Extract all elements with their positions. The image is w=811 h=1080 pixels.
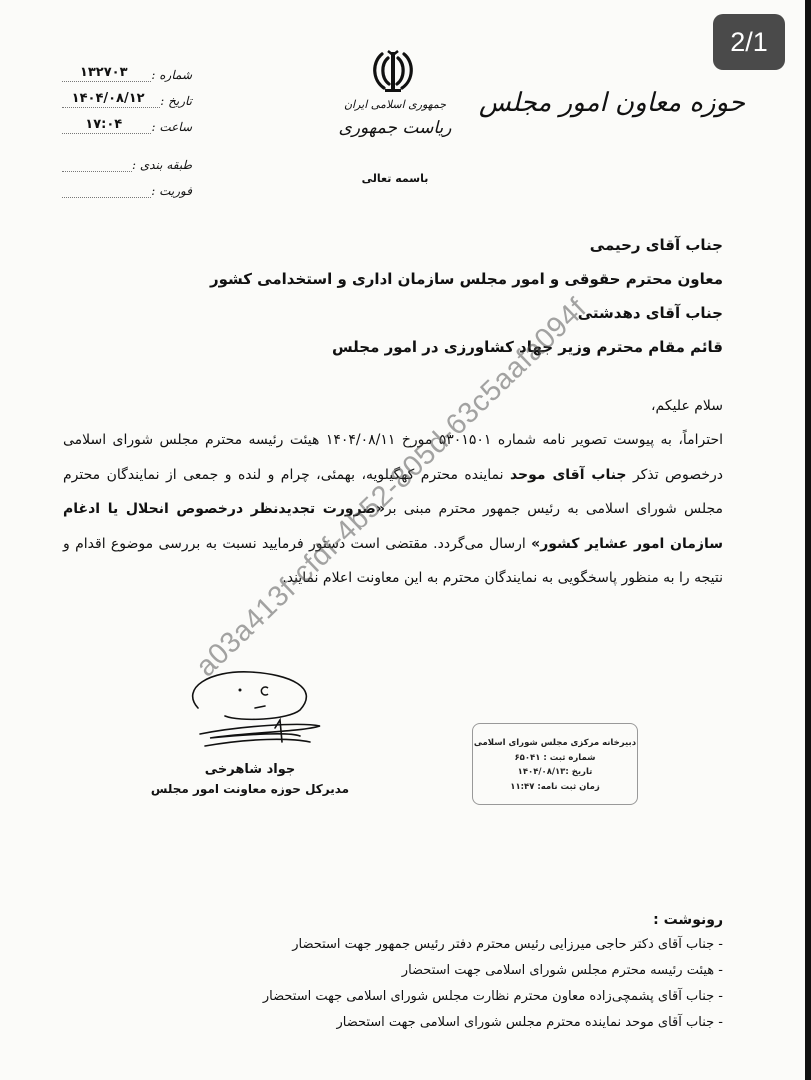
stamp-line: تاریخ :۱۴۰۴/۰۸/۱۳	[473, 765, 637, 780]
meta-time: ساعت : ۱۷:۰۴	[62, 110, 192, 134]
cc-item: - جناب آقای پشمچی‌زاده معاون محترم نظارت…	[203, 984, 723, 1010]
greeting: سلام علیکم،	[63, 393, 723, 419]
stamp-line: دبیرخانه مرکزی مجلس شورای اسلامی	[473, 736, 637, 751]
meta-priority: فوریت :	[62, 174, 192, 198]
signature-icon	[170, 668, 340, 756]
registration-stamp: دبیرخانه مرکزی مجلس شورای اسلامی شماره ث…	[472, 723, 638, 805]
number-label: شماره :	[151, 68, 192, 82]
meta-number: شماره : ۱۳۲۷۰۳	[62, 58, 192, 82]
classification-label: طبقه بندی :	[132, 158, 192, 172]
government-name: جمهوری اسلامی ایران	[340, 98, 450, 111]
addressee-line: جناب آقای رحیمی	[203, 228, 723, 262]
priority-value	[62, 197, 151, 198]
cc-list: رونوشت : - جناب آقای دکتر حاجی میرزایی ر…	[203, 908, 723, 1036]
date-value: ۱۴۰۴/۰۸/۱۲	[62, 91, 160, 108]
cc-title: رونوشت :	[203, 908, 723, 932]
body-text-bold: جناب آقای موحد	[510, 467, 627, 483]
addressee-line: جناب آقای دهدشتی	[203, 296, 723, 330]
addressee-line: معاون محترم حقوقی و امور مجلس سازمان ادا…	[203, 262, 723, 296]
signer-title: مدیرکل حوزه معاونت امور مجلس	[150, 782, 350, 796]
date-label: تاریخ :	[160, 94, 192, 108]
addressee-line: قائم مقام محترم وزیر جهاد کشاورزی در امو…	[203, 330, 723, 364]
stamp-line: شماره ثبت : ۶۵۰۴۱	[473, 751, 637, 766]
stamp-line: زمان ثبت نامه: ۱۱:۴۷	[473, 780, 637, 795]
page-indicator: 2/1	[713, 14, 785, 70]
priority-label: فوریت :	[151, 184, 192, 198]
classification-value	[62, 171, 132, 172]
number-value: ۱۳۲۷۰۳	[62, 65, 151, 82]
meta-date: تاریخ : ۱۴۰۴/۰۸/۱۲	[62, 84, 192, 108]
cc-item: - هیئت رئیسه محترم مجلس شورای اسلامی جهت…	[203, 958, 723, 984]
addressees: جناب آقای رحیمی معاون محترم حقوقی و امور…	[203, 228, 723, 364]
document-page: شماره : ۱۳۲۷۰۳ تاریخ : ۱۴۰۴/۰۸/۱۲ ساعت :…	[0, 0, 805, 1080]
presidency-name: ریاست جمهوری	[330, 118, 460, 138]
letter-meta: شماره : ۱۳۲۷۰۳ تاریخ : ۱۴۰۴/۰۸/۱۲ ساعت :…	[62, 58, 192, 200]
meta-classification: طبقه بندی :	[62, 148, 192, 172]
iran-emblem-icon	[368, 46, 418, 96]
time-label: ساعت :	[151, 120, 192, 134]
signer-name: جواد شاهرخی	[160, 762, 340, 777]
time-value: ۱۷:۰۴	[62, 117, 151, 134]
basmala: باسمه تعالی	[355, 172, 435, 185]
cc-item: - جناب آقای موحد نماینده محترم مجلس شورا…	[203, 1010, 723, 1036]
cc-item: - جناب آقای دکتر حاجی میرزایی رئیس محترم…	[203, 932, 723, 958]
office-title: حوزه معاون امور مجلس	[479, 88, 745, 118]
